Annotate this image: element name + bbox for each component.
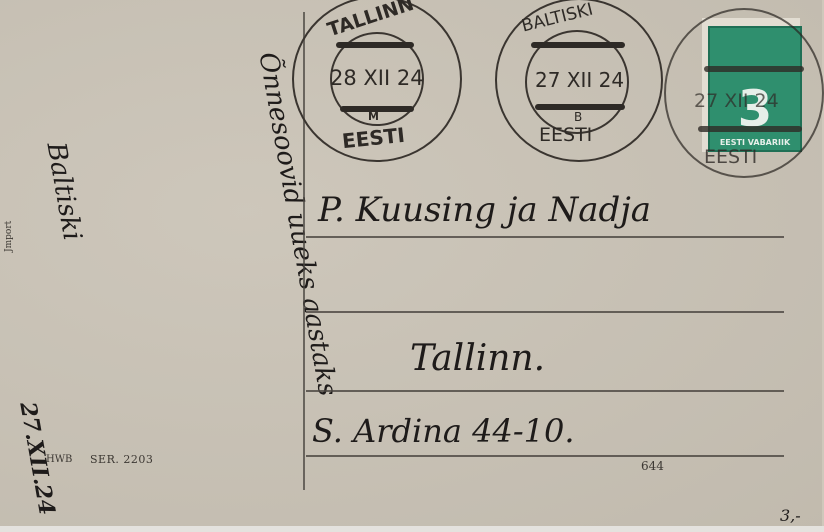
postmark-date: 27 XII 24	[694, 90, 779, 112]
postmark-baltiski: BALTISKI 27 XII 24 B EESTI	[495, 0, 665, 164]
postcard: Jmport HWB SER. 2203 Baltiski 27.XII.24 …	[0, 0, 822, 528]
postmark-code: B	[574, 110, 582, 124]
postmark-tallinn: TALLINN 28 XII 24 M EESTI	[292, 0, 462, 162]
address-line-2	[306, 311, 784, 313]
postmark-date: 27 XII 24	[535, 68, 624, 92]
address-street: S. Ardina 44-10.	[312, 412, 575, 450]
handwritten-signature: Baltiski	[40, 140, 87, 243]
address-line-3	[306, 390, 784, 392]
address-line-1	[306, 236, 784, 238]
address-line-4	[306, 455, 784, 457]
postmark-country: EESTI	[539, 124, 592, 146]
scan-edge	[0, 526, 824, 532]
postmark-date: 28 XII 24	[330, 66, 424, 90]
series-number: SER. 2203	[90, 453, 153, 466]
postmark-baltiski-stamp: 27 XII 24 EESTI	[664, 8, 824, 180]
import-label: Jmport	[4, 221, 14, 252]
card-number: 644	[641, 459, 664, 473]
postmark-country: EESTI	[704, 146, 757, 168]
postmark-code: M	[368, 110, 379, 123]
address-recipient: P. Kuusing ja Nadja	[318, 190, 651, 230]
price-note: 3,-	[780, 506, 801, 525]
address-city: Tallinn.	[410, 338, 545, 379]
